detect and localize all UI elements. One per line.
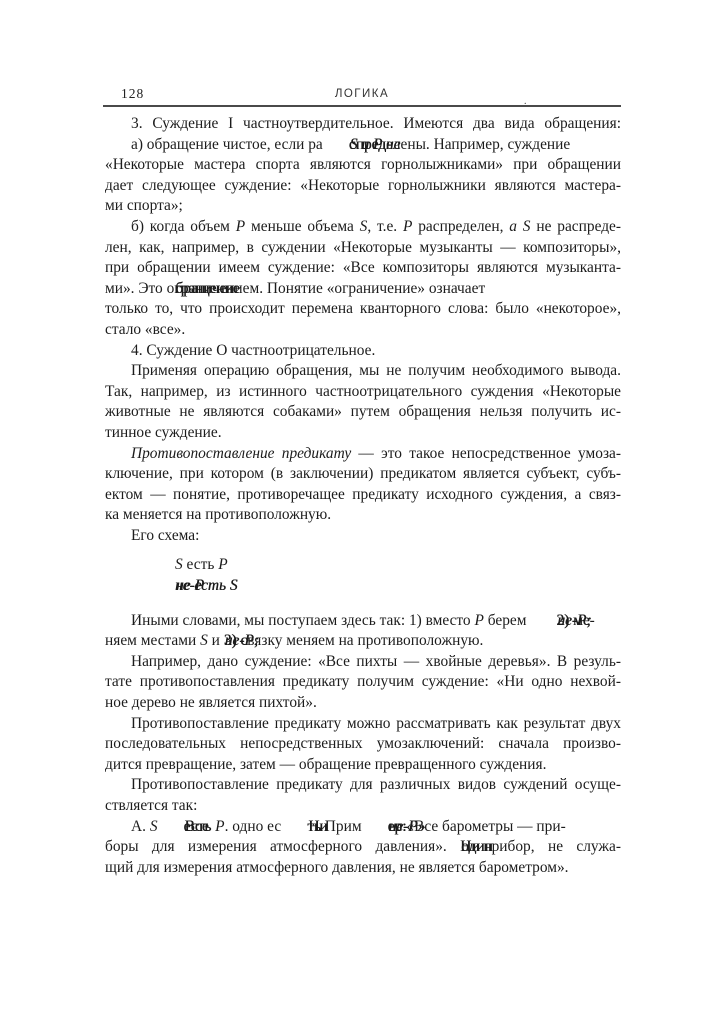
text-line: не-Pне есть S bbox=[175, 576, 621, 597]
overlapping-print-artifact: естьВсе bbox=[158, 817, 212, 838]
overlap-layer: Все bbox=[159, 817, 209, 838]
text-line: при обращении имеем суждение: «Все компо… bbox=[105, 258, 621, 279]
text-line: стало «все». bbox=[105, 320, 621, 341]
italic-term: Противопоставление предикату bbox=[131, 445, 351, 462]
overlap-layer: не-P; bbox=[225, 631, 259, 652]
text-line: «Некоторые мастера спорта являются горно… bbox=[105, 155, 621, 176]
text-run: б) когда объем bbox=[131, 218, 236, 235]
italic-term: а S bbox=[509, 218, 530, 235]
overlap-layer: один bbox=[461, 837, 493, 858]
text-line: тате противопоставления предикату получи… bbox=[105, 672, 621, 693]
overlap-layer: S и P не bbox=[324, 135, 401, 156]
text-run: ми спорта»; bbox=[105, 197, 183, 214]
page-body: 3. Суждение I частноутвердительное. Имею… bbox=[105, 114, 621, 878]
italic-term: P bbox=[474, 612, 483, 629]
text-run: елены. Например, суждение bbox=[386, 136, 570, 153]
text-run: ка меняется на противоположную. bbox=[105, 506, 331, 523]
text-run: а) обращение чистое, если ра bbox=[131, 136, 323, 153]
italic-term: P bbox=[218, 556, 227, 573]
text-line: Противопоставление предикату можно рассм… bbox=[105, 714, 621, 735]
italic-term: P bbox=[215, 818, 224, 835]
overlap-layer: Ни bbox=[282, 817, 327, 838]
text-line: ми спорта»; bbox=[105, 196, 621, 217]
text-run: ствляется так: bbox=[105, 797, 197, 814]
text-line: няем местами S и 3) сне-P;вязку меняем н… bbox=[105, 631, 621, 652]
text-run: распределен, bbox=[412, 218, 509, 235]
text-line: А. SестьВсе P. одно естьНи Пример: не-P»… bbox=[105, 817, 621, 838]
text-line: Противопоставление предикату — это такое… bbox=[105, 444, 621, 465]
text-run: тинное суждение. bbox=[105, 424, 222, 441]
text-run: Например, дано суждение: «Все пихты — хв… bbox=[131, 653, 621, 670]
text-line: боры для измерения атмосферного давления… bbox=[105, 837, 621, 858]
text-run: няем местами bbox=[105, 632, 200, 649]
text-run: Иными словами, мы поступаем здесь так: 1… bbox=[131, 612, 474, 629]
text-line: дает следующее суждение: «Некоторые горн… bbox=[105, 176, 621, 197]
overlapping-print-artifact: 2) мене-P; bbox=[530, 611, 589, 632]
text-run: Противопоставление предикату можно рассм… bbox=[131, 715, 621, 732]
text-line: ключение, при котором (в заключении) пре… bbox=[105, 464, 621, 485]
text-run: вязку меняем на противоположную. bbox=[247, 632, 483, 649]
overlapping-print-artifact: тьНи bbox=[281, 817, 321, 838]
text-run: нием. Понятие «ограничение» означает bbox=[226, 280, 485, 297]
text-line: ное дерево не является пихтой». bbox=[105, 693, 621, 714]
text-run: Так, например, из истинного частноотрица… bbox=[105, 383, 621, 400]
running-title: ЛОГИКА bbox=[103, 88, 621, 100]
text-run: животные не являются собаками» путем обр… bbox=[105, 403, 621, 420]
text-run: Применяя операцию обращения, мы не получ… bbox=[131, 362, 621, 379]
text-line: ка меняется на противоположную. bbox=[105, 505, 621, 526]
overlap-layer: не-P» bbox=[363, 817, 426, 838]
overlapping-print-artifact: Ни подин bbox=[460, 837, 491, 858]
italic-term: P bbox=[403, 218, 412, 235]
text-line: Применяя операцию обращения, мы не получ… bbox=[105, 361, 621, 382]
overlapping-print-artifact: граничебращение bbox=[174, 279, 226, 300]
text-line: Так, например, из истинного частноотрица… bbox=[105, 382, 621, 403]
text-line: а) обращение чистое, если распредS и P н… bbox=[105, 135, 621, 156]
text-run: ное дерево не является пихтой». bbox=[105, 694, 317, 711]
text-run: дает следующее суждение: «Некоторые горн… bbox=[105, 177, 621, 194]
text-run: лен, как, например, в суждении «Некоторы… bbox=[105, 239, 621, 256]
text-run: 4. Суждение О частноотрицательное. bbox=[131, 342, 375, 359]
text-line: 3. Суждение I частноутвердительное. Имею… bbox=[105, 114, 621, 135]
italic-term: S bbox=[200, 632, 208, 649]
text-run: ключение, при котором (в заключении) пре… bbox=[105, 465, 621, 482]
overlap-layer: не есть S bbox=[176, 576, 237, 597]
italic-term: S bbox=[150, 818, 158, 835]
italic-term: S bbox=[175, 556, 183, 573]
overlapping-print-artifact: спредS и P не bbox=[323, 135, 386, 156]
overlap-layer: не-P; bbox=[531, 611, 591, 632]
text-line: ствляется так: bbox=[105, 796, 621, 817]
text-line: дится превращение, затем — обращение пре… bbox=[105, 755, 621, 776]
book-page-scan: 128 ЛОГИКА . 3. Суждение I частноутверди… bbox=[0, 0, 725, 1024]
text-line: Иными словами, мы поступаем здесь так: 1… bbox=[105, 611, 621, 632]
text-run: и bbox=[208, 632, 224, 649]
text-run: ектом — понятие, противоречащее предикат… bbox=[105, 486, 621, 503]
text-line: Его схема: bbox=[105, 526, 621, 547]
text-run: боры для измерения атмосферного давления… bbox=[105, 838, 460, 855]
text-run: щий для измерения атмосферного давления,… bbox=[105, 859, 569, 876]
text-line: тинное суждение. bbox=[105, 423, 621, 444]
text-run: стало «все». bbox=[105, 321, 185, 338]
text-run: тате противопоставления предикату получи… bbox=[105, 673, 621, 690]
text-run: ми». Это о bbox=[105, 280, 174, 297]
overlap-layer: бращение bbox=[175, 279, 239, 300]
text-run: не распреде- bbox=[531, 218, 621, 235]
text-run: — это такое непосредственное умоза- bbox=[351, 445, 621, 462]
text-run: есть bbox=[183, 556, 219, 573]
overlapping-print-artifact: не-Pне есть S bbox=[175, 576, 204, 597]
text-line: лен, как, например, в суждении «Некоторы… bbox=[105, 238, 621, 259]
text-run: 3. Суждение I частноутвердительное. Имею… bbox=[131, 115, 621, 132]
text-run: Его схема: bbox=[131, 527, 199, 544]
text-run: «Все барометры — при- bbox=[406, 818, 565, 835]
page-header: 128 ЛОГИКА . bbox=[103, 86, 621, 107]
text-run: рибор, не служа- bbox=[492, 838, 621, 855]
text-line: последовательных непосредственных умозак… bbox=[105, 734, 621, 755]
text-line: Противопоставление предикату для различн… bbox=[105, 775, 621, 796]
text-line: б) когда объем P меньше объема S, т.е. P… bbox=[105, 217, 621, 238]
text-run: дится превращение, затем — обращение пре… bbox=[105, 756, 546, 773]
overlapping-print-artifact: 3) сне-P; bbox=[224, 631, 248, 652]
text-run: А. bbox=[131, 818, 150, 835]
text-line: ми». Это ограничебращениением. Понятие «… bbox=[105, 279, 621, 300]
text-run: последовательных непосредственных умозак… bbox=[105, 735, 621, 752]
text-run: при обращении имеем суждение: «Все компо… bbox=[105, 259, 621, 276]
text-line: Например, дано суждение: «Все пихты — хв… bbox=[105, 652, 621, 673]
text-line: S есть P bbox=[175, 555, 621, 576]
text-line: животные не являются собаками» путем обр… bbox=[105, 402, 621, 423]
text-run: меньше объема bbox=[245, 218, 359, 235]
text-line: 4. Суждение О частноотрицательное. bbox=[105, 341, 621, 362]
text-run: «Некоторые мастера спорта являются горно… bbox=[105, 156, 621, 173]
text-run: берем bbox=[484, 612, 530, 629]
text-run: Противопоставление предикату для различн… bbox=[131, 776, 621, 793]
text-run: , т.е. bbox=[367, 218, 403, 235]
header-rule-dot: . bbox=[524, 96, 527, 107]
overlapping-print-artifact: ер: не-P» bbox=[362, 817, 407, 838]
italic-term: P bbox=[236, 218, 245, 235]
text-line: только то, что происходит перемена квант… bbox=[105, 299, 621, 320]
text-line: ектом — понятие, противоречащее предикат… bbox=[105, 485, 621, 506]
text-run: . одно ес bbox=[225, 818, 282, 835]
text-line: щий для измерения атмосферного давления,… bbox=[105, 858, 621, 879]
text-run: только то, что происходит перемена квант… bbox=[105, 300, 621, 317]
